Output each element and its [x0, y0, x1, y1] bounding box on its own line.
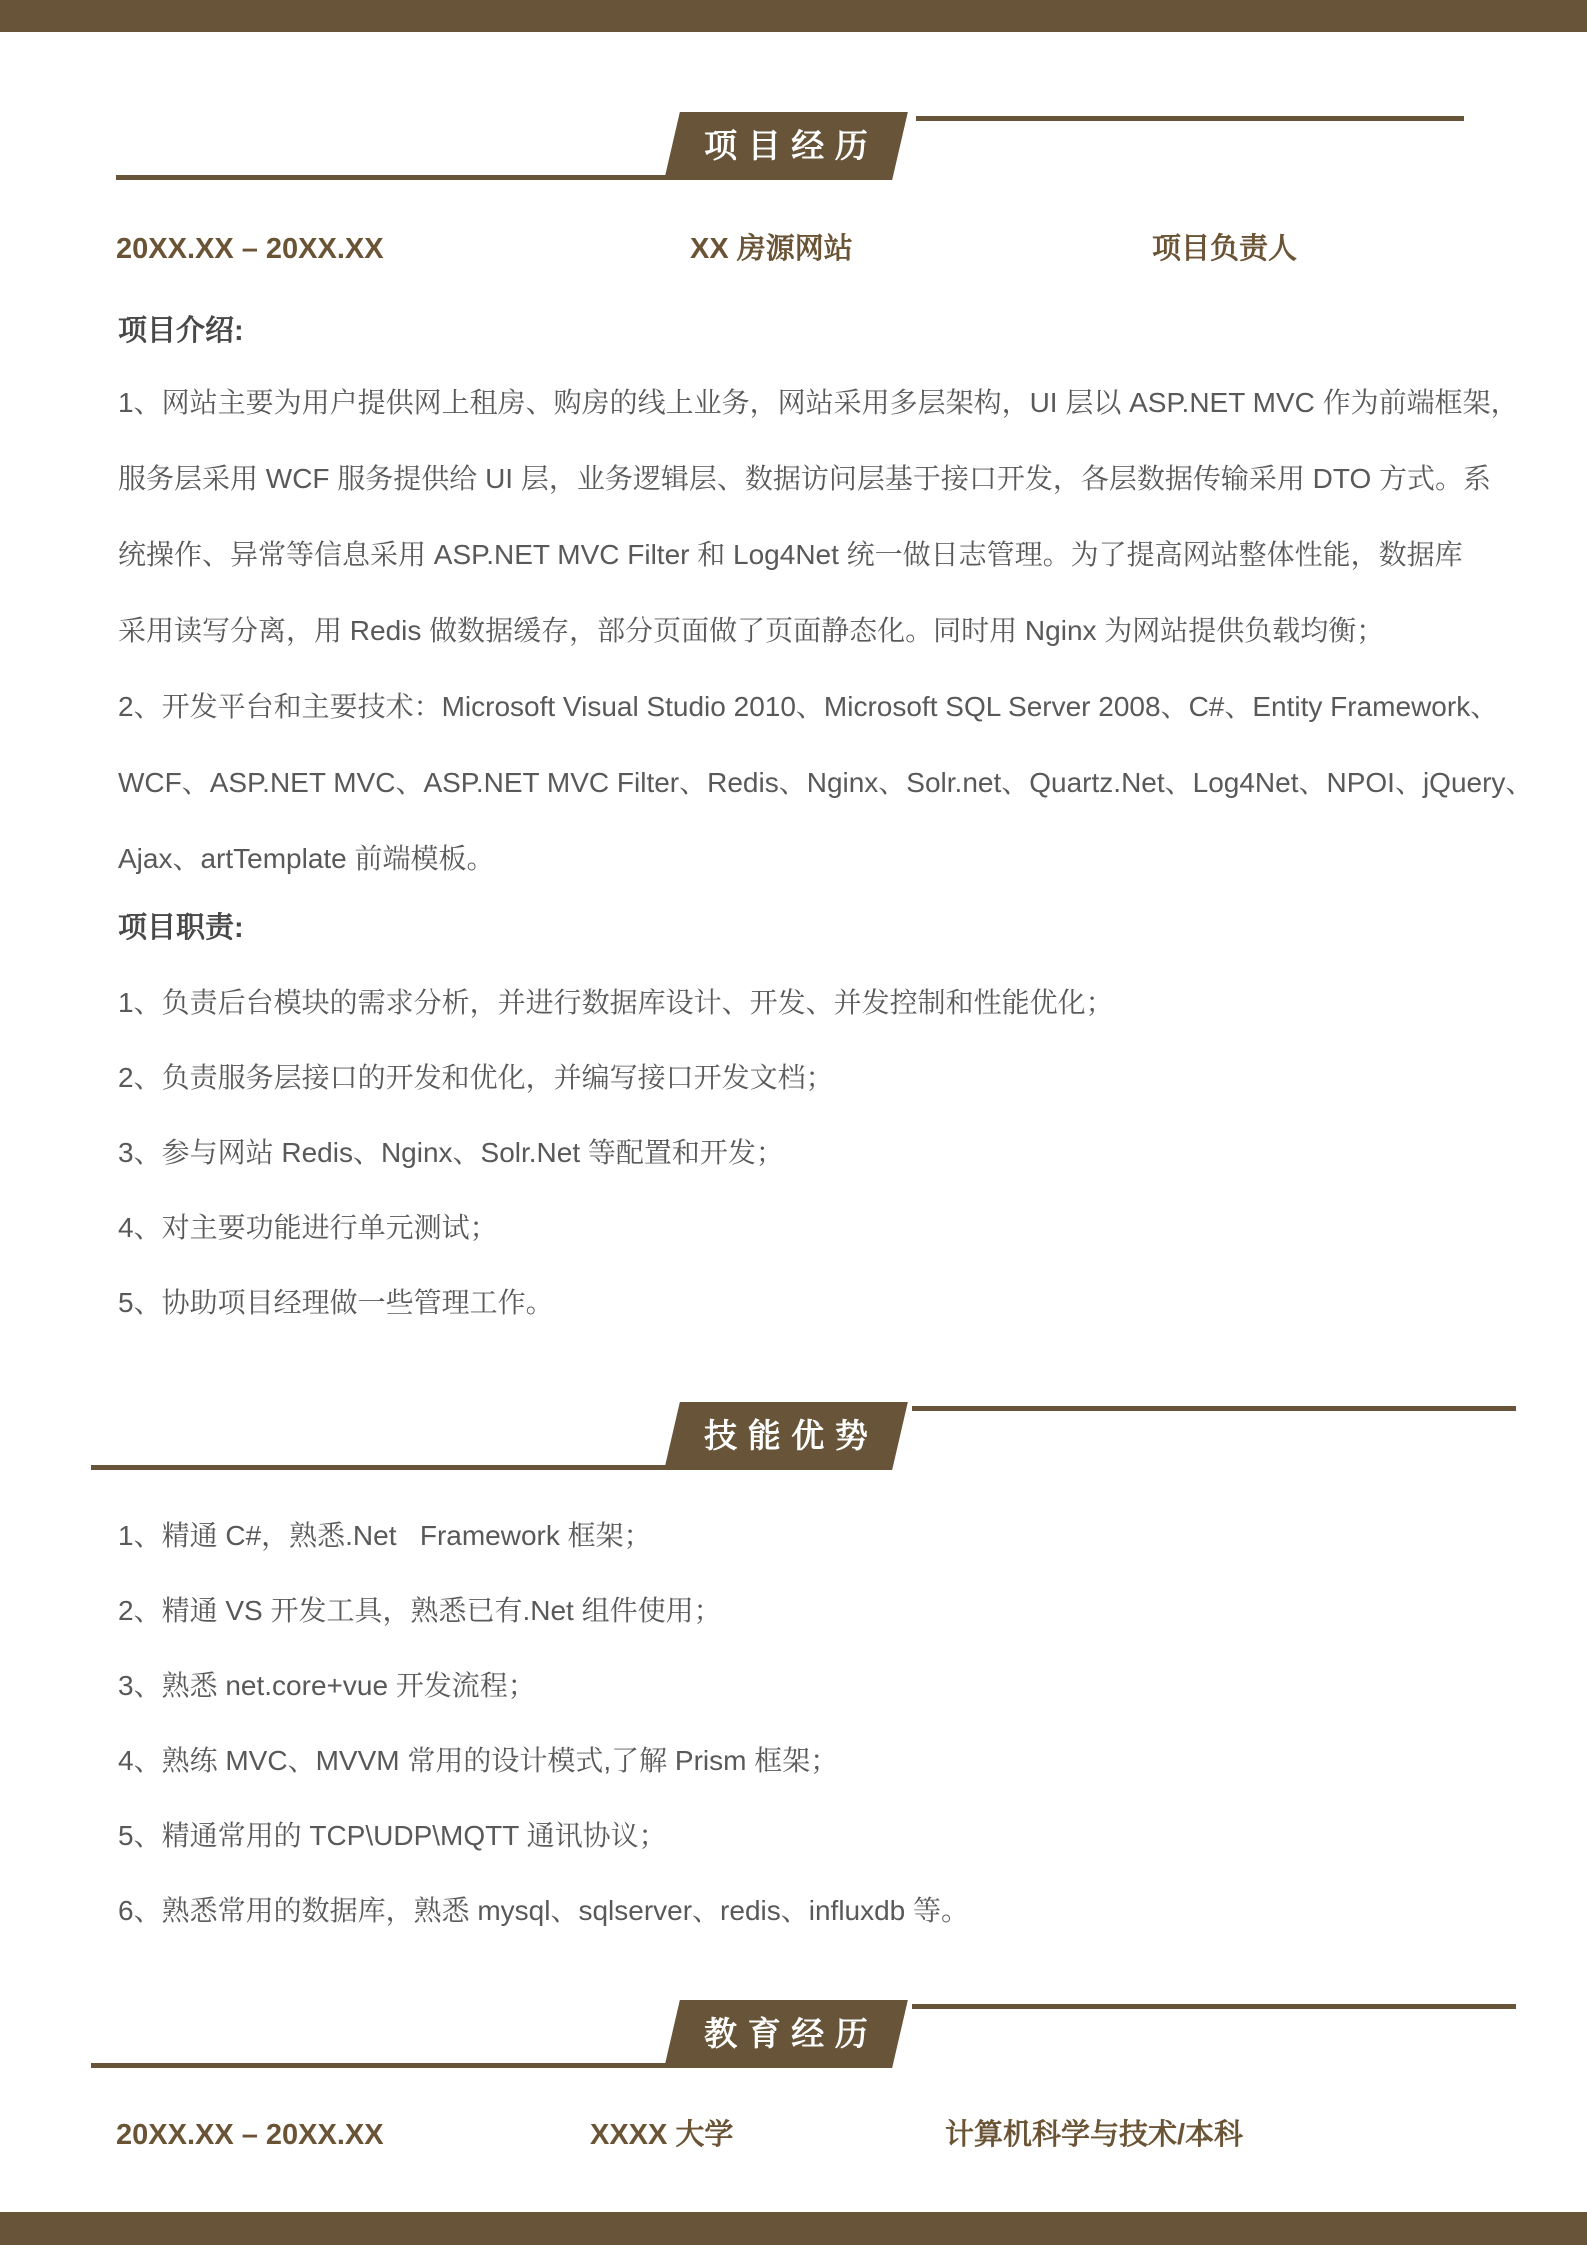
section-header-project: 项目经历 — [0, 112, 1587, 180]
header-rule-right — [916, 116, 1464, 121]
project-period: 20XX.XX – 20XX.XX — [116, 232, 384, 266]
header-rule-left — [116, 175, 668, 180]
project-body: 项目介绍: 1、网站主要为用户提供网上租房、购房的线上业务，网站采用多层架构，U… — [0, 316, 1587, 1340]
project-duties-label: 项目职责: — [118, 913, 1527, 943]
bottom-accent-bar — [0, 2212, 1587, 2245]
header-rule-left — [91, 2063, 667, 2068]
intro-line: 采用读写分离，用 Redis 做数据缓存，部分页面做了页面静态化。同时用 Ngi… — [118, 593, 1527, 669]
project-meta-row: 20XX.XX – 20XX.XX XX 房源网站 项目负责人 — [0, 232, 1587, 266]
section-banner-title: 技能优势 — [672, 1402, 900, 1470]
intro-line: 统操作、异常等信息采用 ASP.NET MVC Filter 和 Log4Net… — [118, 517, 1527, 593]
project-intro-label: 项目介绍: — [118, 316, 1527, 346]
skill-item: 1、精通 C#，熟悉.Net Framework 框架； — [118, 1498, 1527, 1573]
skill-item: 2、精通 VS 开发工具，熟悉已有.Net 组件使用； — [118, 1573, 1527, 1648]
education-major: 计算机科学与技术/本科 — [945, 2118, 1243, 2152]
skill-item: 3、熟悉 net.core+vue 开发流程； — [118, 1648, 1527, 1723]
project-role: 项目负责人 — [1152, 232, 1297, 266]
section-header-skills: 技能优势 — [0, 1402, 1587, 1470]
project-name: XX 房源网站 — [690, 232, 853, 266]
duty-item: 4、对主要功能进行单元测试； — [118, 1190, 1527, 1265]
duty-item: 2、负责服务层接口的开发和优化，并编写接口开发文档； — [118, 1040, 1527, 1115]
skill-item: 4、熟练 MVC、MVVM 常用的设计模式,了解 Prism 框架； — [118, 1723, 1527, 1798]
education-school: XXXX 大学 — [590, 2118, 733, 2152]
skills-body: 1、精通 C#，熟悉.Net Framework 框架； 2、精通 VS 开发工… — [0, 1498, 1587, 1948]
section-header-education: 教育经历 — [0, 2000, 1587, 2068]
intro-line: Ajax、artTemplate 前端模板。 — [118, 821, 1527, 897]
section-banner-title: 教育经历 — [672, 2000, 900, 2068]
intro-line: 2、开发平台和主要技术：Microsoft Visual Studio 2010… — [118, 669, 1527, 745]
intro-line: WCF、ASP.NET MVC、ASP.NET MVC Filter、Redis… — [118, 745, 1527, 821]
duty-item: 3、参与网站 Redis、Nginx、Solr.Net 等配置和开发； — [118, 1115, 1527, 1190]
education-period: 20XX.XX – 20XX.XX — [116, 2118, 384, 2152]
header-rule-left — [91, 1465, 667, 1470]
section-banner-title: 项目经历 — [672, 112, 900, 180]
duty-item: 1、负责后台模块的需求分析，并进行数据库设计、开发、并发控制和性能优化； — [118, 965, 1527, 1040]
project-duties-list: 1、负责后台模块的需求分析，并进行数据库设计、开发、并发控制和性能优化； 2、负… — [118, 965, 1527, 1340]
header-rule-right — [912, 2004, 1516, 2009]
top-accent-bar — [0, 0, 1587, 32]
header-rule-right — [912, 1406, 1516, 1411]
intro-line: 服务层采用 WCF 服务提供给 UI 层，业务逻辑层、数据访问层基于接口开发，各… — [118, 441, 1527, 517]
education-meta-row: 20XX.XX – 20XX.XX XXXX 大学 计算机科学与技术/本科 — [0, 2118, 1587, 2152]
intro-line: 1、网站主要为用户提供网上租房、购房的线上业务，网站采用多层架构，UI 层以 A… — [118, 365, 1527, 441]
project-intro-paragraph: 1、网站主要为用户提供网上租房、购房的线上业务，网站采用多层架构，UI 层以 A… — [118, 365, 1527, 897]
skill-item: 5、精通常用的 TCP\UDP\MQTT 通讯协议； — [118, 1798, 1527, 1873]
skill-item: 6、熟悉常用的数据库，熟悉 mysql、sqlserver、redis、infl… — [118, 1873, 1527, 1948]
skills-list: 1、精通 C#，熟悉.Net Framework 框架； 2、精通 VS 开发工… — [118, 1498, 1527, 1948]
duty-item: 5、协助项目经理做一些管理工作。 — [118, 1265, 1527, 1340]
